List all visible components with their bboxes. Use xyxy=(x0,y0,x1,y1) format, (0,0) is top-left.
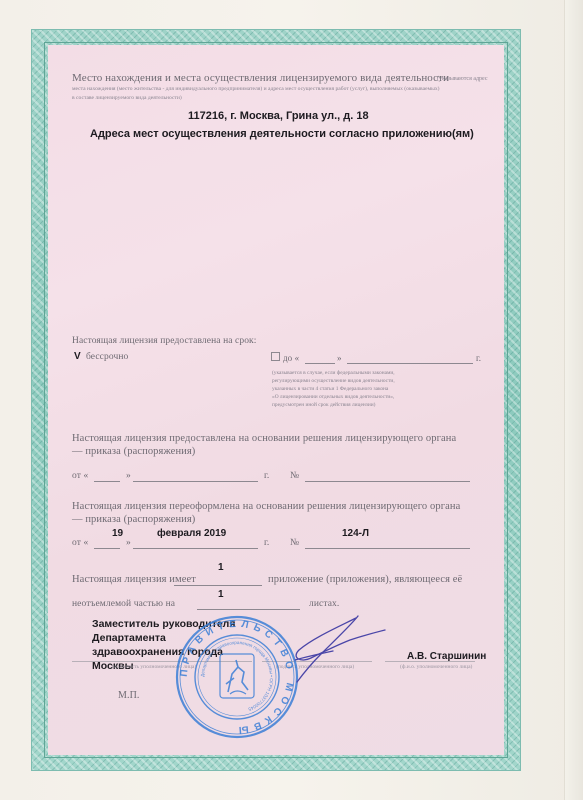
license-address: 117216, г. Москва, Грина ул., д. 18 xyxy=(188,110,369,122)
svg-text:ПРАВИТЕЛЬСТВО МОСКВЫ: ПРАВИТЕЛЬСТВО МОСКВЫ xyxy=(179,619,296,736)
signatory-name: А.В. Старшинин xyxy=(407,651,486,662)
stamp-place-label: М.П. xyxy=(118,690,140,701)
location-heading-note-1: (указываются адрес xyxy=(437,76,488,82)
grant-from-mid: » xyxy=(126,471,131,481)
reissue-from-mid: » xyxy=(126,538,131,548)
reissue-number-line xyxy=(305,548,470,549)
appendix-line2-prefix: неотъемлемой частью на xyxy=(72,599,175,609)
reissue-text-1: Настоящая лицензия переоформлена на осно… xyxy=(72,501,460,512)
handwritten-signature-icon xyxy=(285,610,395,690)
appendix-count-value: 1 xyxy=(218,562,224,573)
reissue-text-2: — приказа (распоряжения) xyxy=(72,514,195,525)
reissue-number-label: № xyxy=(290,538,299,548)
reissue-day-value: 19 xyxy=(112,528,123,539)
reissue-from-prefix: от « xyxy=(72,538,88,548)
until-note-1: (указывается в случае, если федеральными… xyxy=(272,370,395,376)
grant-year-suffix: г. xyxy=(264,471,269,481)
location-heading: Место нахождения и места осуществления л… xyxy=(72,72,449,84)
until-month-line xyxy=(347,363,473,364)
grant-from-prefix: от « xyxy=(72,471,88,481)
until-date-checkbox xyxy=(271,352,280,361)
appendix-line2-suffix: листах. xyxy=(309,599,339,609)
location-heading-note-3: в составе лицензируемого вида деятельнос… xyxy=(72,95,182,101)
appendix-count-line xyxy=(174,585,262,586)
reissue-month-line xyxy=(133,548,258,549)
reissue-month-year-value: февраля 2019 xyxy=(157,528,226,539)
until-note-2: регулирующими осуществление видов деятел… xyxy=(272,378,395,384)
official-stamp-icon: ПРАВИТЕЛЬСТВО МОСКВЫ Департамент здравоо… xyxy=(172,612,302,742)
until-note-4: «О лицензировании отдельных видов деятел… xyxy=(272,394,394,400)
until-year-suffix: г. xyxy=(476,353,481,363)
svg-text:Департамент здравоохранения го: Департамент здравоохранения города Москв… xyxy=(200,640,274,712)
until-day-line xyxy=(305,363,335,364)
indefinite-label: бессрочно xyxy=(86,352,128,362)
until-note-5: предусмотрен иной срок действия лицензии… xyxy=(272,402,375,408)
appendix-line1-prefix: Настоящая лицензия имеет xyxy=(72,574,196,585)
grant-text-1: Настоящая лицензия предоставлена на осно… xyxy=(72,433,456,444)
location-heading-note-2: места нахождения (место жительства - для… xyxy=(72,86,440,92)
sheet-count-value: 1 xyxy=(218,589,224,600)
until-note-3: указанных в части 4 статьи 1 Федеральног… xyxy=(272,386,388,392)
stamp-outer-text: ПРАВИТЕЛЬСТВО МОСКВЫ xyxy=(179,619,296,736)
until-prefix: до « xyxy=(283,353,299,363)
reissue-number-value: 124-Л xyxy=(342,528,369,539)
reissue-year-suffix: г. xyxy=(264,538,269,548)
grant-text-2: — приказа (распоряжения) xyxy=(72,446,195,457)
grant-number-label: № xyxy=(290,471,299,481)
stamp-inner-text: Департамент здравоохранения города Москв… xyxy=(200,640,274,712)
position-line-2: Департамента xyxy=(92,632,166,644)
grant-number-line xyxy=(305,481,470,482)
name-caption: (ф.и.о. уполномоченного лица) xyxy=(400,664,472,670)
term-label: Настоящая лицензия предоставлена на срок… xyxy=(72,336,257,346)
reissue-day-line xyxy=(94,548,120,549)
activity-places-text: Адреса мест осуществления деятельности с… xyxy=(90,128,474,140)
appendix-line1-suffix: приложение (приложения), являющееся её xyxy=(268,574,462,585)
indefinite-checkmark: V xyxy=(74,351,81,362)
grant-day-line xyxy=(94,481,120,482)
until-mid: » xyxy=(337,353,342,363)
grant-month-line xyxy=(133,481,258,482)
